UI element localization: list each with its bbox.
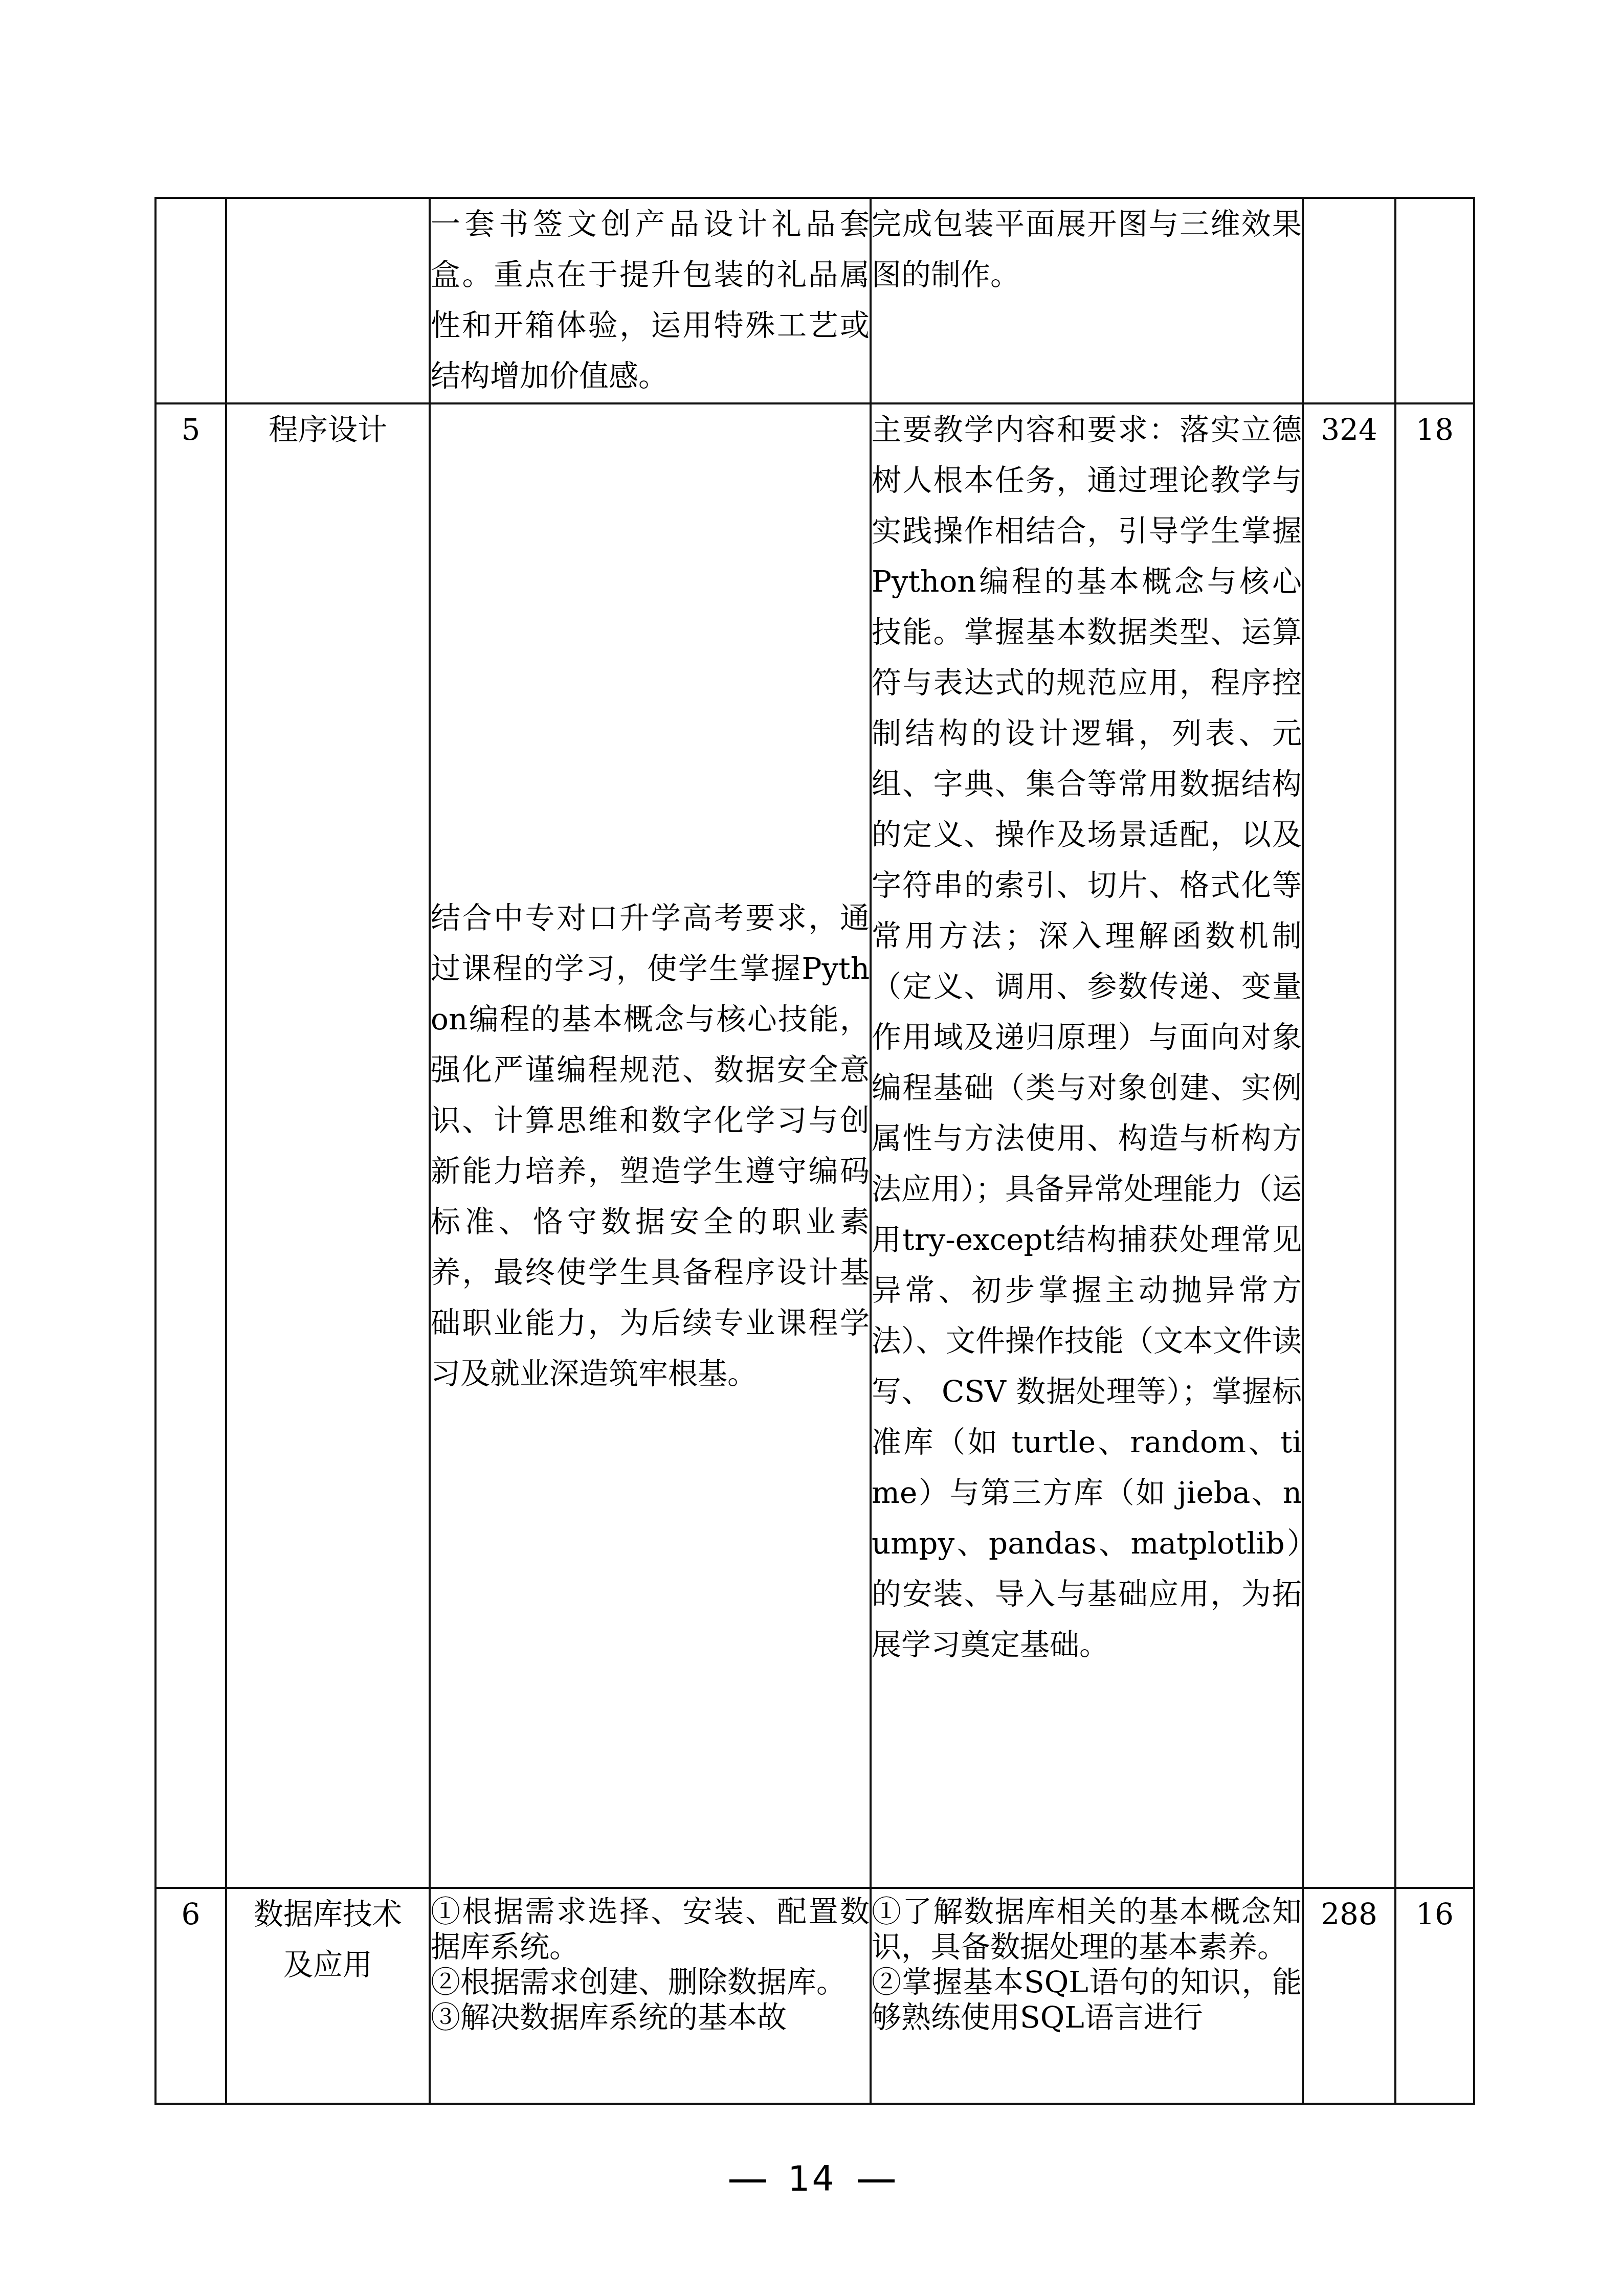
course-number-cell bbox=[155, 198, 226, 403]
course-content-text: 完成包装平面展开图与三维效果图的制作。 bbox=[872, 199, 1302, 300]
course-goal-cell: 结合中专对口升学高考要求，通过课程的学习，使学生掌握Python编程的基本概念与… bbox=[430, 403, 871, 1888]
course-goal-text: 一套书签文创产品设计礼品套盒。重点在于提升包装的礼品属性和开箱体验，运用特殊工艺… bbox=[431, 199, 870, 401]
course-hours-cell: 288 bbox=[1303, 1888, 1395, 2104]
course-credits-cell bbox=[1395, 198, 1474, 403]
course-goal-item-3: ③解决数据库系统的基本故 bbox=[431, 2000, 870, 2035]
course-content-cell: ①了解数据库相关的基本概念知识，具备数据处理的基本素养。 ②掌握基本SQL语句的… bbox=[871, 1888, 1303, 2104]
course-goal-text: 结合中专对口升学高考要求，通过课程的学习，使学生掌握Python编程的基本概念与… bbox=[431, 893, 870, 1399]
course-number-cell: 6 bbox=[155, 1888, 226, 2104]
course-goal-item-1: ①根据需求选择、安装、配置数据库系统。 bbox=[431, 1894, 870, 1965]
course-content-cell: 完成包装平面展开图与三维效果图的制作。 bbox=[871, 198, 1303, 403]
course-number-cell: 5 bbox=[155, 403, 226, 1888]
course-goal-cell: 一套书签文创产品设计礼品套盒。重点在于提升包装的礼品属性和开箱体验，运用特殊工艺… bbox=[430, 198, 871, 403]
course-name-cell: 程序设计 bbox=[226, 403, 430, 1888]
footer-dash-right bbox=[858, 2179, 895, 2182]
course-goal-item-2: ②根据需求创建、删除数据库。 bbox=[431, 1965, 870, 2000]
course-hours-cell: 324 bbox=[1303, 403, 1395, 1888]
table-row-course-6: 6 数据库技术 及应用 ①根据需求选择、安装、配置数据库系统。 ②根据需求创建、… bbox=[155, 1888, 1474, 2104]
course-content-cell: 主要教学内容和要求：落实立德树人根本任务，通过理论教学与实践操作相结合，引导学生… bbox=[871, 403, 1303, 1888]
course-content-item-1: ①了解数据库相关的基本概念知识，具备数据处理的基本素养。 bbox=[872, 1894, 1302, 1965]
table-row-continued: 一套书签文创产品设计礼品套盒。重点在于提升包装的礼品属性和开箱体验，运用特殊工艺… bbox=[155, 198, 1474, 403]
page-footer: 14 bbox=[0, 2159, 1624, 2199]
course-name-cell: 数据库技术 及应用 bbox=[226, 1888, 430, 2104]
course-goal-cell: ①根据需求选择、安装、配置数据库系统。 ②根据需求创建、删除数据库。 ③解决数据… bbox=[430, 1888, 871, 2104]
course-name-line-2: 及应用 bbox=[227, 1940, 429, 1990]
page-number: 14 bbox=[788, 2159, 836, 2199]
course-content-text: 主要教学内容和要求：落实立德树人根本任务，通过理论教学与实践操作相结合，引导学生… bbox=[872, 404, 1302, 1670]
footer-dash-left bbox=[729, 2179, 766, 2182]
course-name-text: 程序设计 bbox=[227, 404, 429, 455]
curriculum-table: 一套书签文创产品设计礼品套盒。重点在于提升包装的礼品属性和开箱体验，运用特殊工艺… bbox=[154, 197, 1475, 2105]
course-credits-cell: 18 bbox=[1395, 403, 1474, 1888]
course-hours-cell bbox=[1303, 198, 1395, 403]
course-credits-cell: 16 bbox=[1395, 1888, 1474, 2104]
course-content-item-2: ②掌握基本SQL语句的知识，能够熟练使用SQL语言进行 bbox=[872, 1965, 1302, 2035]
course-name-line-1: 数据库技术 bbox=[227, 1889, 429, 1940]
course-name-cell bbox=[226, 198, 430, 403]
table-row-course-5: 5 程序设计 结合中专对口升学高考要求，通过课程的学习，使学生掌握Python编… bbox=[155, 403, 1474, 1888]
